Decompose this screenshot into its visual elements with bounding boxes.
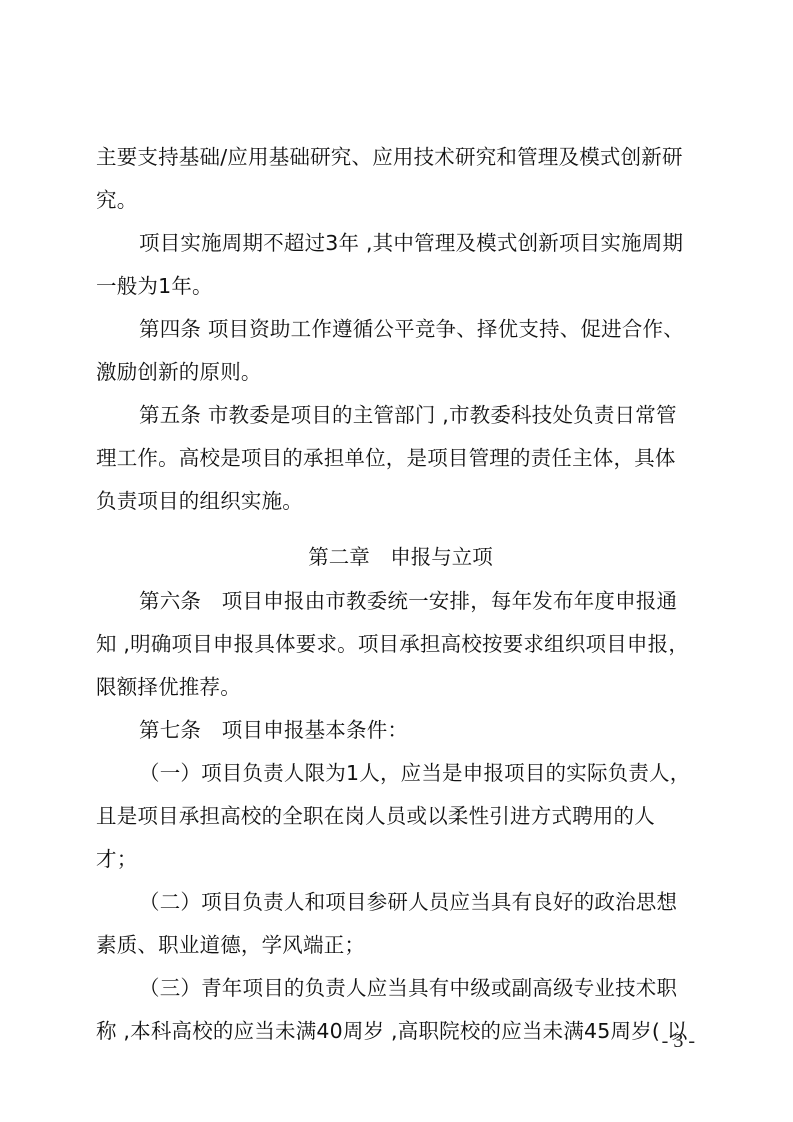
- text-line: 素质、职业道德，学风端正；: [96, 931, 706, 959]
- page-number: - 3 -: [662, 1030, 695, 1053]
- text-line: 且是项目承担高校的全职在岗人员或以柔性引进方式聘用的人: [96, 802, 706, 830]
- text-line: 一般为1年。: [96, 272, 706, 300]
- text-line: 激励创新的原则。: [96, 358, 706, 386]
- article-6: 第六条 项目申报由市教委统一安排，每年发布年度申报通: [139, 587, 749, 615]
- text-line: 项目实施周期不超过3年 ,其中管理及模式创新项目实施周期: [139, 229, 749, 257]
- text-line: 究。: [96, 186, 706, 214]
- text-line: 知 ,明确项目申报具体要求。项目承担高校按要求组织项目申报，: [96, 630, 706, 658]
- text-line: 理工作。高校是项目的承担单位，是项目管理的责任主体，具体: [96, 444, 706, 472]
- article-4: 第四条 项目资助工作遵循公平竞争、择优支持、促进合作、: [139, 315, 749, 343]
- text-line: 称 ,本科高校的应当未满40周岁 ,高职院校的应当未满45周岁( 以: [96, 1017, 706, 1045]
- text-line: 才；: [96, 845, 706, 873]
- clause-2: （二）项目负责人和项目参研人员应当具有良好的政治思想: [139, 888, 749, 916]
- article-5: 第五条 市教委是项目的主管部门 ,市教委科技处负责日常管: [139, 401, 749, 429]
- clause-3: （三）青年项目的负责人应当具有中级或副高级专业技术职: [139, 974, 749, 1002]
- text-line: 限额择优推荐。: [96, 673, 706, 701]
- article-7: 第七条 项目申报基本条件：: [139, 716, 749, 744]
- text-line: 负责项目的组织实施。: [96, 487, 706, 515]
- text-line: 主要支持基础/应用基础研究、应用技术研究和管理及模式创新研: [96, 143, 706, 171]
- chapter-heading: 第二章 申报与立项: [0, 543, 793, 571]
- clause-1: （一）项目负责人限为1人，应当是申报项目的实际负责人，: [139, 759, 749, 787]
